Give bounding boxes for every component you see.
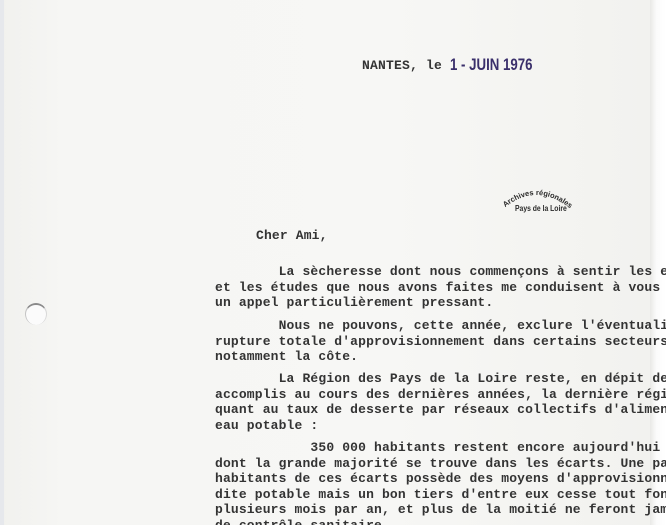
archive-stamp-bottom-text: Pays de la Loire [515, 204, 567, 213]
place-date-prefix: NANTES, le [362, 58, 442, 73]
paragraph-drought: La sècheresse dont nous commençons à sen… [215, 264, 666, 311]
paragraph-inhabitants: 350 000 habitants restent encore aujourd… [215, 440, 666, 525]
salutation: Cher Ami, [256, 228, 328, 244]
date-stamp: 1 - JUIN 1976 [450, 55, 533, 75]
paragraph-supply-rupture: Nous ne pouvons, cette année, exclure l'… [215, 318, 666, 365]
paragraph-region-status: La Région des Pays de la Loire reste, en… [215, 371, 666, 433]
page-left-edge [0, 0, 4, 525]
archive-stamp: Archives régionales Pays de la Loire [496, 186, 576, 222]
punch-hole [25, 303, 47, 325]
